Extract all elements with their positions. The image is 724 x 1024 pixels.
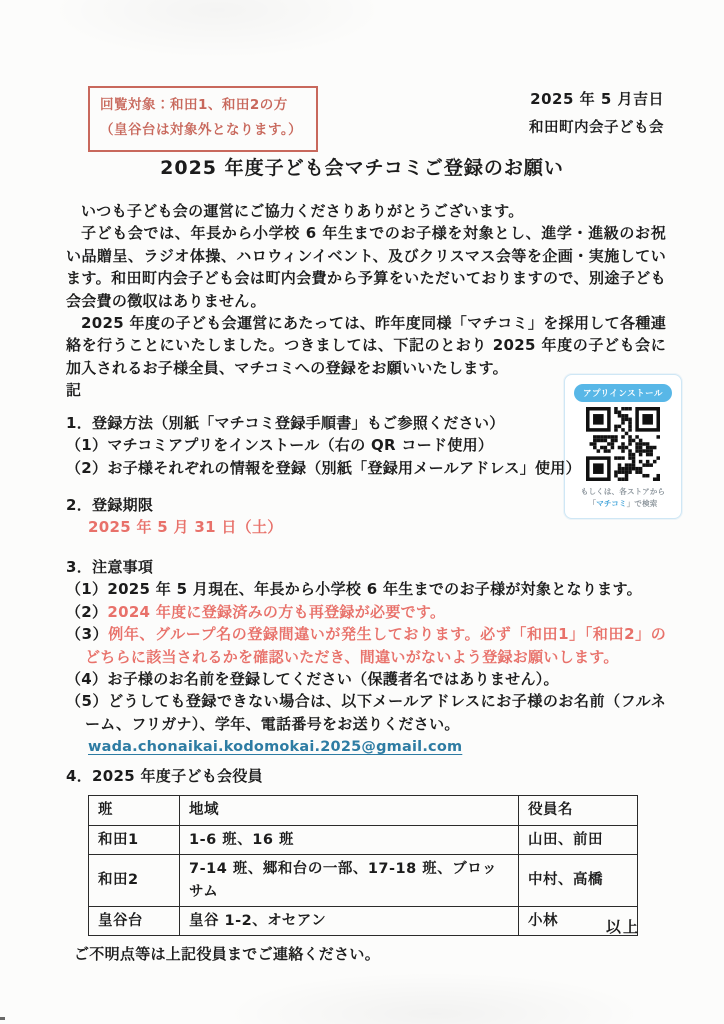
section3-heading: 3．注意事項 (66, 556, 666, 578)
cell-group: 和田2 (89, 855, 180, 907)
section3-item1: （1）2025 年 5 月現在、年長から小学校 6 年生までのお子様が対象となり… (66, 578, 666, 600)
intro-about: 子ども会では、年長から小学校 6 年生までのお子様を対象とし、進学・進級のお祝い… (66, 222, 666, 312)
section3-item3-text: 例年、グループ名の登録間違いが発生しております。必ず「和田1」「和田2」のどちら… (85, 625, 666, 665)
section4-heading: 4．2025 年度子ども会役員 (66, 765, 666, 787)
table-row: 和田1 1-6 班、16 班 山田、前田 (89, 825, 638, 854)
contact-email-link[interactable]: wada.chonaikai.kodomokai.2025@gmail.com (88, 739, 462, 755)
section3-item5: （5）どうしても登録できない場合は、以下メールアドレスにお子様のお名前（フルネー… (66, 690, 666, 735)
intro-paragraphs: いつも子ども会の運営にご協力くださりありがとうございます。 子ども会では、年長か… (66, 200, 666, 402)
circulation-exclusion: （皇谷台は対象外となります。） (100, 118, 306, 143)
cell-officer: 中村、高橋 (519, 855, 638, 907)
section-officers: 4．2025 年度子ども会役員 班 地域 役員名 和田1 1-6 班、16 班 … (66, 765, 666, 966)
officers-header-row: 班 地域 役員名 (89, 796, 638, 825)
document-title: 2025 年度子ども会マチコミご登録のお願い (0, 153, 724, 180)
section3-item3: （3）例年、グループ名の登録間違いが発生しております。必ず「和田1」「和田2」の… (66, 623, 666, 668)
cell-area: 皇谷 1-2、オセアン (180, 907, 519, 936)
section3-item2: （2）2024 年度に登録済みの方も再登録が必要です。 (66, 601, 666, 623)
cell-area: 1-6 班、16 班 (180, 825, 519, 854)
section3-item2-number: （2） (66, 603, 107, 621)
deadline-date: 2025 年 5 月 31 日（土） (66, 516, 666, 538)
section-registration-method: 1．登録方法（別紙「マチコミ登録手順書」もご参照ください） （1）マチコミアプリ… (66, 412, 666, 479)
issuing-organization: 和田町内会子ども会 (529, 116, 664, 137)
scanned-document: 回覧対象：和田1、和田2の方 （皇谷台は対象外となります。） 2025 年 5 … (0, 0, 724, 1024)
section1-heading: 1．登録方法（別紙「マチコミ登録手順書」もご参照ください） (66, 412, 666, 434)
table-row: 皇谷台 皇谷 1-2、オセアン 小林 (89, 907, 638, 936)
cell-group: 和田1 (89, 825, 180, 854)
scan-artifact (0, 1017, 5, 1020)
section3-item4: （4）お子様のお名前を登録してください（保護者名ではありません）。 (66, 668, 666, 690)
section1-item2: （2）お子様それぞれの情報を登録（別紙「登録用メールアドレス」使用） (66, 457, 666, 479)
section1-item1: （1）マチコミアプリをインストール（右の QR コード使用） (66, 434, 666, 456)
closing-ijou: 以上 (606, 916, 640, 937)
contact-email-line: wada.chonaikai.kodomokai.2025@gmail.com (66, 735, 666, 758)
circulation-notice-box: 回覧対象：和田1、和田2の方 （皇谷台は対象外となります。） (88, 86, 318, 152)
column-header-officer: 役員名 (519, 796, 638, 825)
section3-item3-number: （3） (66, 625, 108, 643)
table-row: 和田2 7-14 班、郷和台の一部、17-18 班、ブロッサム 中村、高橋 (89, 855, 638, 907)
circulation-target: 回覧対象：和田1、和田2の方 (100, 93, 306, 118)
intro-request: 2025 年度の子ども会運営にあたっては、昨年度同様「マチコミ」を採用して各種連… (66, 312, 666, 379)
cell-area: 7-14 班、郷和台の一部、17-18 班、ブロッサム (180, 855, 519, 907)
contact-note: ご不明点等は上記役員までご連絡ください。 (74, 943, 666, 965)
intro-greeting: いつも子ども会の運営にご協力くださりありがとうございます。 (66, 200, 666, 222)
cell-group: 皇谷台 (89, 907, 180, 936)
officers-table: 班 地域 役員名 和田1 1-6 班、16 班 山田、前田 和田2 7-14 班… (88, 795, 638, 936)
section-registration-deadline: 2．登録期限 2025 年 5 月 31 日（土） (66, 494, 666, 539)
document-header: 2025 年 5 月吉日 和田町内会子ども会 (529, 88, 664, 137)
app-install-badge: アプリインストール (574, 384, 672, 402)
section-cautions: 3．注意事項 （1）2025 年 5 月現在、年長から小学校 6 年生までのお子… (66, 556, 666, 759)
section3-item2-text: 2024 年度に登録済みの方も再登録が必要です。 (107, 603, 445, 621)
column-header-group: 班 (89, 796, 180, 825)
section2-heading: 2．登録期限 (66, 494, 666, 516)
cell-officer: 山田、前田 (519, 825, 638, 854)
document-date: 2025 年 5 月吉日 (529, 88, 664, 109)
column-header-area: 地域 (180, 796, 519, 825)
